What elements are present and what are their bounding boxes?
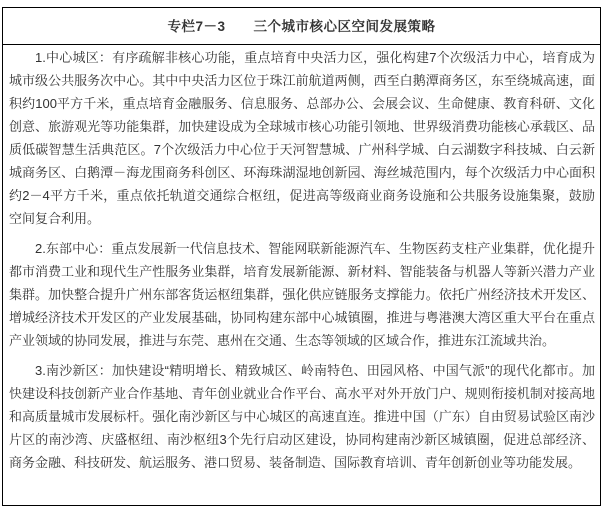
paragraph-nansha-new-area: 3.南沙新区：加快建设“精明增长、精致城区、岭南特色、田园风格、中国气派”的现代… [9,359,595,474]
panel-body: 1.中心城区：有序疏解非核心功能，重点培育中央活力区，强化构建7个次级活力中心，… [3,45,600,474]
panel-title: 专栏7－3 三个城市核心区空间发展策略 [3,8,600,45]
paragraph-eastern-center: 2.东部中心：重点发展新一代信息技术、智能网联新能源汽车、生物医药支柱产业集群，… [9,237,595,352]
column-7-3-box: 专栏7－3 三个城市核心区空间发展策略 1.中心城区：有序疏解非核心功能，重点培… [2,7,601,506]
paragraph-central-city: 1.中心城区：有序疏解非核心功能，重点培育中央活力区，强化构建7个次级活力中心，… [9,46,595,230]
